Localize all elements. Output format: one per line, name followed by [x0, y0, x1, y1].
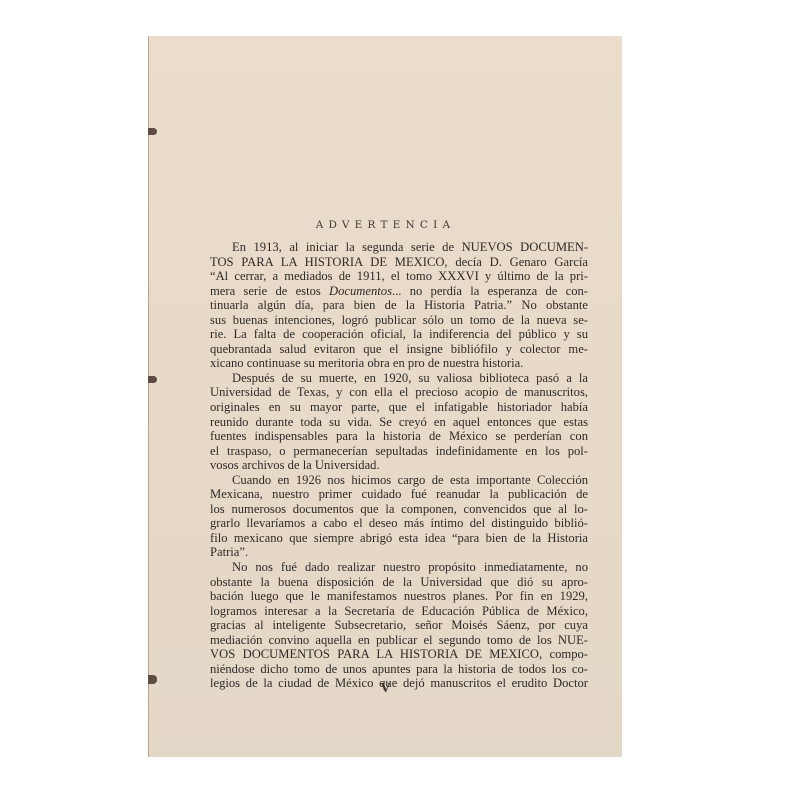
text-line: gracias al inteligente Subsecretario, se…	[210, 618, 588, 633]
book-page: ADVERTENCIA En 1913, al iniciar la segun…	[148, 36, 622, 757]
text-line: Patria”.	[210, 545, 588, 560]
text-line: sus buenas intenciones, logró publicar s…	[210, 313, 588, 328]
text-line: Después de su muerte, en 1920, su valios…	[210, 371, 588, 386]
text-line: xicano continuase su meritoria obra en p…	[210, 356, 588, 371]
text-line: tinuarla algún día, para bien de la Hist…	[210, 298, 588, 313]
text-line: Cuando en 1926 nos hicimos cargo de esta…	[210, 473, 588, 488]
text-line: fuentes indispensables para la historia …	[210, 429, 588, 444]
text-line: En 1913, al iniciar la segunda serie de …	[210, 240, 588, 255]
text-line: niéndose dicho tomo de unos apuntes para…	[210, 662, 588, 677]
page-number: V	[149, 681, 622, 697]
text-line: Mexicana, nuestro primer cuidado fué rea…	[210, 487, 588, 502]
text-line: rie. La falta de cooperación oficial, la…	[210, 327, 588, 342]
text-line: reunido durante toda su vida. Se creyó e…	[210, 415, 588, 430]
binding-hole	[148, 376, 157, 383]
text-line: quebrantada salud evitaron que el insign…	[210, 342, 588, 357]
text-line: “Al cerrar, a mediados de 1911, el tomo …	[210, 269, 588, 284]
text-line: Universidad de Texas, y con ella el prec…	[210, 385, 588, 400]
text-line: grarlo llevaríamos a cabo el deseo más í…	[210, 516, 588, 531]
text-line: No nos fué dado realizar nuestro propósi…	[210, 560, 588, 575]
text-line: los numerosos documentos que la componen…	[210, 502, 588, 517]
text-line: mera serie de estos Documentos... no per…	[210, 284, 588, 299]
page-title: ADVERTENCIA	[149, 219, 622, 231]
text-line: VOS DOCUMENTOS PARA LA HISTORIA DE MEXIC…	[210, 647, 588, 662]
text-line: bación luego que le manifestamos nuestro…	[210, 589, 588, 604]
text-line: mediación convino aquella en publicar el…	[210, 633, 588, 648]
text-line: TOS PARA LA HISTORIA DE MEXICO, decía D.…	[210, 255, 588, 270]
text-line: originales en su mayor parte, que el inf…	[210, 400, 588, 415]
text-line: obstante la buena disposición de la Univ…	[210, 575, 588, 590]
text-line: logramos interesar a la Secretaría de Ed…	[210, 604, 588, 619]
text-line: filo mexicano que siempre abrigó esta id…	[210, 531, 588, 546]
text-line: el traspaso, o permanecerían sepultadas …	[210, 444, 588, 459]
text-line: vosos archivos de la Universidad.	[210, 458, 588, 473]
body-text: En 1913, al iniciar la segunda serie de …	[210, 240, 588, 691]
binding-hole	[148, 128, 157, 135]
